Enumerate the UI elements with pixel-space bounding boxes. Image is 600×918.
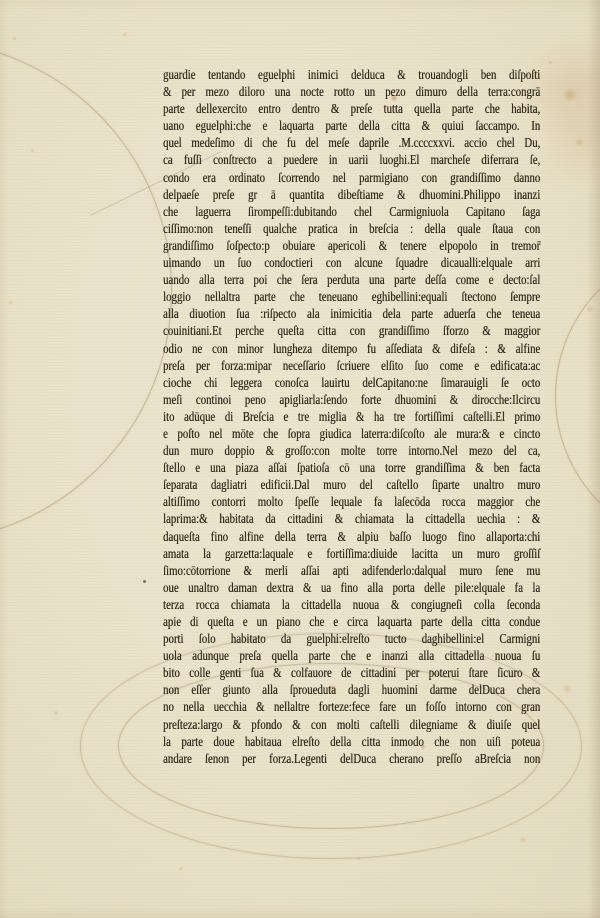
text-line: andare ſenon per forza.Legenti delDuca c… <box>163 750 540 767</box>
text-line: quel medeſimo di che fu del meſe daprile… <box>163 134 540 151</box>
text-line: ſtello e una piaza aſſai ſpatioſa cō una… <box>163 459 540 476</box>
text-line: amata la garzetta:laquale e fortiſſima:d… <box>163 545 540 562</box>
foxing-spot <box>30 148 35 153</box>
foxing-spot <box>356 856 361 861</box>
foxing-spot <box>586 305 594 313</box>
text-line: la parte doue habitaua elreſto della cit… <box>163 733 540 750</box>
text-line: non eſſer giunto alla ſproueduta dagli h… <box>163 681 540 698</box>
text-line: ciſſimo:non teneſſi qualche pratica in b… <box>163 220 540 237</box>
text-line: couinitiani.Et perche queſta citta con g… <box>163 322 540 339</box>
text-line: apie di queſta e un piano che e circa la… <box>163 613 540 630</box>
foxing-spot <box>8 300 13 305</box>
foxing-spot <box>53 710 59 716</box>
text-line: no nella uecchia & nellaltre forteze:fec… <box>163 698 540 715</box>
foxing-spot <box>12 36 17 41</box>
text-line: bito colle genti ſua & colfauore de citt… <box>163 664 540 681</box>
text-line: uola adunque preſa quella parte che e in… <box>163 647 540 664</box>
text-line: uando alla terra poi che ſera perduta un… <box>163 271 540 288</box>
text-line: oue unaltro daman dextra & ua fino alla … <box>163 579 540 596</box>
text-line: laprima:& habitata da cittadini & chiama… <box>163 510 540 527</box>
foxing-spot <box>562 684 572 694</box>
text-line: altiſſimo contorri molto ſpeſſe lequale … <box>163 493 540 510</box>
text-line: terza rocca chiamata la cittadella nuoua… <box>163 596 540 613</box>
text-line: ca fuſſi conſtrecto a puedere in uarii l… <box>163 151 540 168</box>
text-line: loggio nellaltra parte che teneuano eghi… <box>163 288 540 305</box>
emboss-ring-right <box>555 245 600 547</box>
text-line: ſeparata dagliatri edificii.Dal muro del… <box>163 476 540 493</box>
text-block: guardie tentando eguelphi inimici delduc… <box>163 66 540 767</box>
foxing-spot <box>575 138 584 147</box>
emboss-ring-left <box>0 40 172 542</box>
text-line: dun muro doppio & groſſo:con molte torre… <box>163 442 540 459</box>
foxing-spot <box>178 866 183 871</box>
text-line: ſimo:cōtorrione & merli aſſai apti adife… <box>163 562 540 579</box>
text-line: preſteza:largo & pfondo & con molti caſt… <box>163 716 540 733</box>
text-line: alla diuotion ſua :riſpecto ala inimicit… <box>163 305 540 322</box>
text-line: condo era ordinato ſcorrendo nel parmigi… <box>163 169 540 186</box>
text-line: daqueſta fino alfine della terra & alpiu… <box>163 528 540 545</box>
text-line: guardie tentando eguelphi inimici delduc… <box>163 66 540 83</box>
text-line: che laguerra ſirompeſſi:dubitando chel C… <box>163 203 540 220</box>
foxing-spot <box>562 88 578 102</box>
text-line: cioche chi leggera conoſca lauirtu delCa… <box>163 374 540 391</box>
foxing-spot <box>519 836 527 844</box>
ink-speck <box>143 580 146 583</box>
text-line: uimando un ſuo condoctieri con alcune ſq… <box>163 254 540 271</box>
text-line: meſi continoi peno apigliarla:ſendo fort… <box>163 391 540 408</box>
text-line: & per mezo diloro una nocte rotto un pez… <box>163 83 540 100</box>
foxing-spot <box>122 32 127 37</box>
text-line: porti ſolo habitato da guelphi:elreſto t… <box>163 630 540 647</box>
text-line: preſa per forza:mipar neceſſario ſcriuer… <box>163 357 540 374</box>
foxing-spot <box>548 60 553 65</box>
book-page: guardie tentando eguelphi inimici delduc… <box>0 0 600 918</box>
text-line: ito adūque di Breſcia e tre miglia & ha … <box>163 408 540 425</box>
text-line: odio ne con minor lungheza ditempo fu aſ… <box>163 340 540 357</box>
text-line: e poſto nel mōte che ſopra giudica later… <box>163 425 540 442</box>
text-line: delpaeſe preſe gr ā quantita dibeſtiame … <box>163 186 540 203</box>
text-line: parte dellexercito entro dentro & preſe … <box>163 100 540 117</box>
text-line: grandiſſimo ſoſpecto:p obuiare apericoli… <box>163 237 540 254</box>
text-line: uano eguelphi:che e laquarta parte della… <box>163 117 540 134</box>
